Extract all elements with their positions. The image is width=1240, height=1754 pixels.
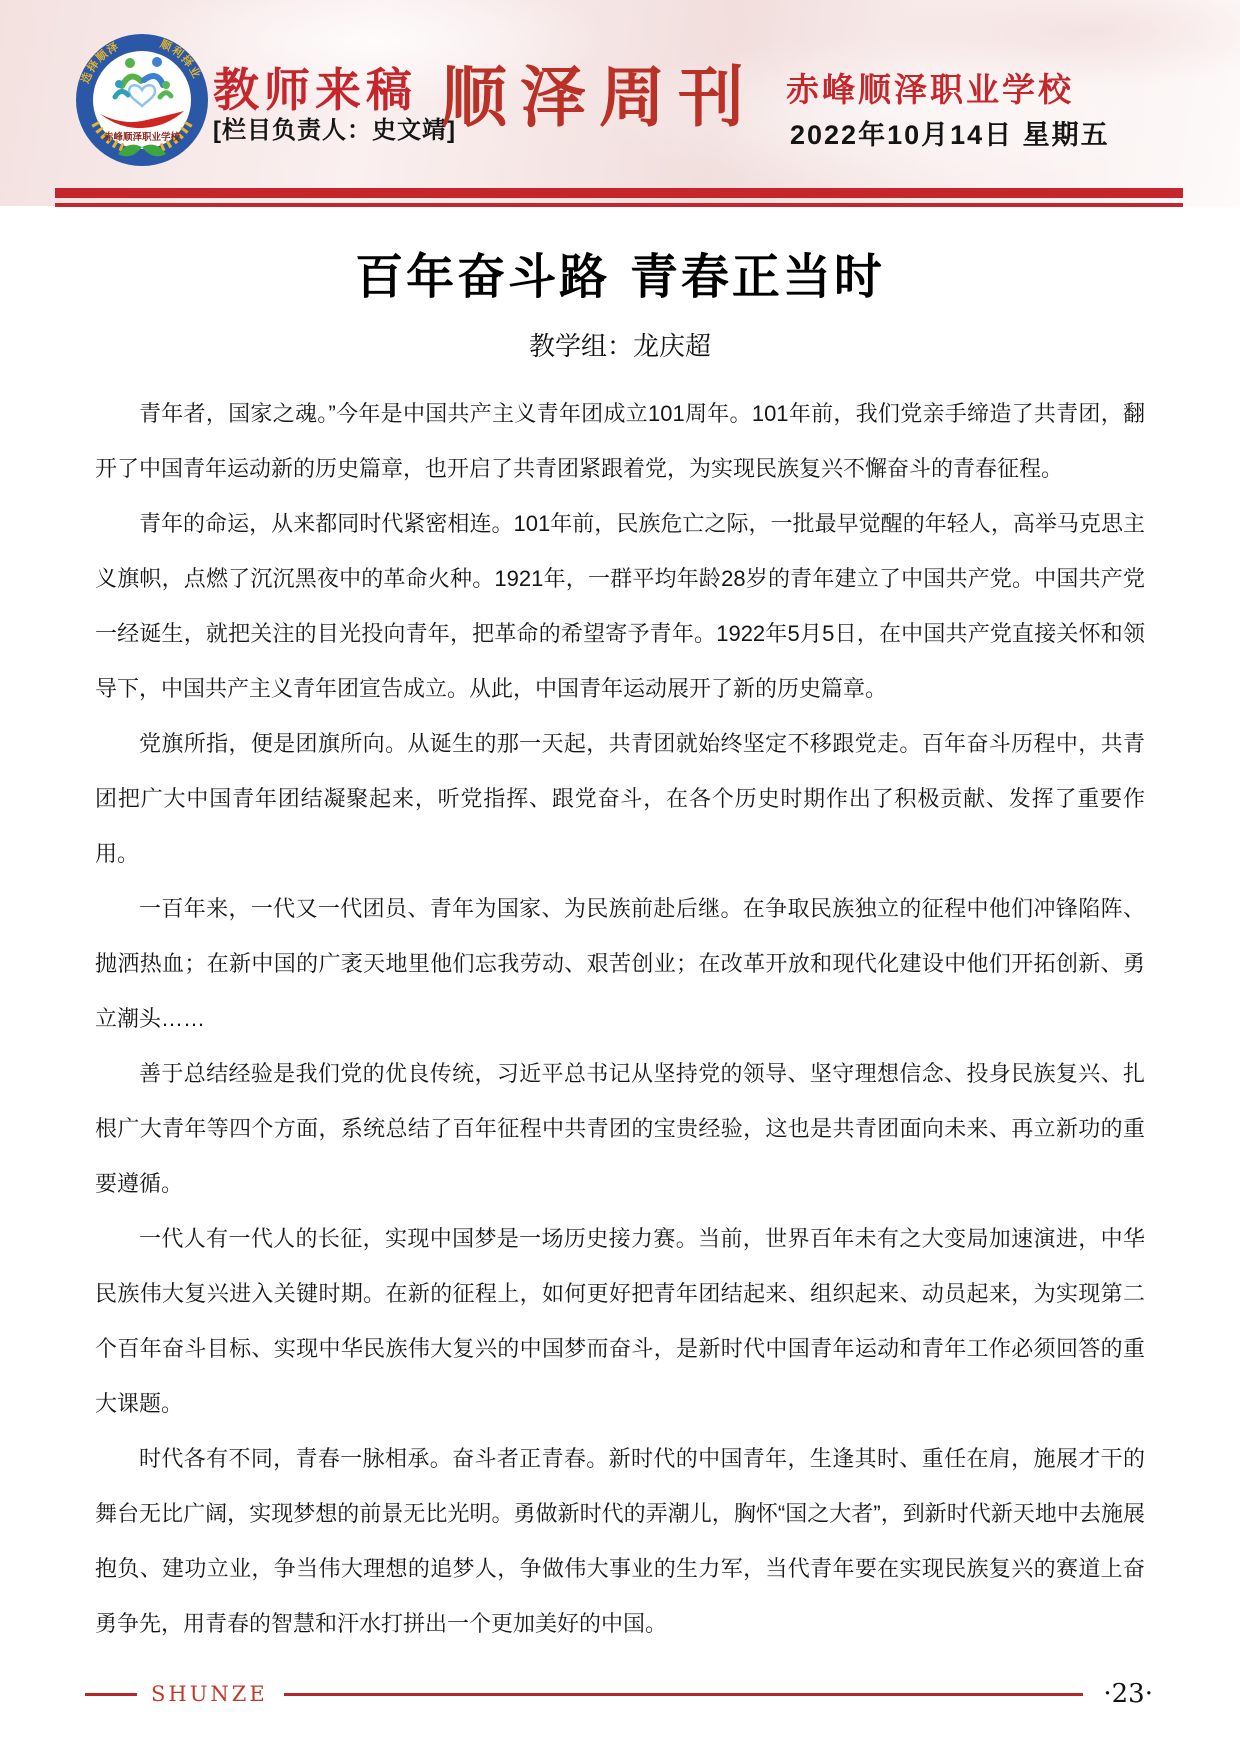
- publication-date: 2022年10月14日 星期五: [790, 113, 1110, 152]
- school-logo-emblem: 选择顺泽 顺利择业 赤峰顺泽职业学校: [72, 26, 212, 170]
- footer: SHUNZE ·23·: [85, 1680, 1153, 1708]
- article-paragraph: 青年者，国家之魂。”今年是中国共产主义青年团成立101周年。101年前，我们党亲…: [95, 386, 1145, 496]
- figure-teal-icon: [115, 80, 123, 88]
- school-name: 赤峰顺泽职业学校: [786, 64, 1074, 111]
- article-paragraph: 时代各有不同，青春一脉相承。奋斗者正青春。新时代的中国青年，生逢其时、重任在肩，…: [95, 1431, 1145, 1651]
- article-body: 青年者，国家之魂。”今年是中国共产主义青年团成立101周年。101年前，我们党亲…: [95, 386, 1145, 1651]
- article-byline: 教学组：龙庆超: [0, 326, 1240, 363]
- figure-blue-icon: [152, 57, 162, 67]
- article-paragraph: 青年的命运，从来都同时代紧密相连。101年前，民族危亡之际，一批最早觉醒的年轻人…: [95, 496, 1145, 716]
- footer-rule-short: [85, 1693, 137, 1696]
- footer-brand: SHUNZE: [151, 1682, 268, 1706]
- header-divider-thick: [55, 188, 1183, 198]
- article-paragraph: 一百年来，一代又一代团员、青年为国家、为民族前赴后继。在争取民族独立的征程中他们…: [95, 881, 1145, 1046]
- header-divider-thin: [55, 203, 1183, 207]
- article-paragraph: 善于总结经验是我们党的优良传统，习近平总书记从坚持党的领导、坚守理想信念、投身民…: [95, 1046, 1145, 1211]
- article-paragraph: 党旗所指，便是团旗所向。从诞生的那一天起，共青团就始终坚定不移跟党走。百年奋斗历…: [95, 716, 1145, 881]
- school-logo: 选择顺泽 顺利择业 赤峰顺泽职业学校: [72, 26, 212, 170]
- figure-small-green-icon: [162, 81, 170, 89]
- masthead-title: 顺泽周刊: [441, 44, 757, 139]
- page-number: ·23·: [1103, 1679, 1153, 1709]
- article-paragraph: 一代人有一代人的长征，实现中国梦是一场历史接力赛。当前，世界百年未有之大变局加速…: [95, 1211, 1145, 1431]
- footer-rule-long: [284, 1693, 1084, 1696]
- logo-school-name: 赤峰顺泽职业学校: [104, 131, 181, 143]
- figure-green-icon: [125, 58, 135, 68]
- article-title: 百年奋斗路 青春正当时: [0, 238, 1240, 307]
- column-manager-label: [栏目负责人：史文靖]: [213, 110, 456, 145]
